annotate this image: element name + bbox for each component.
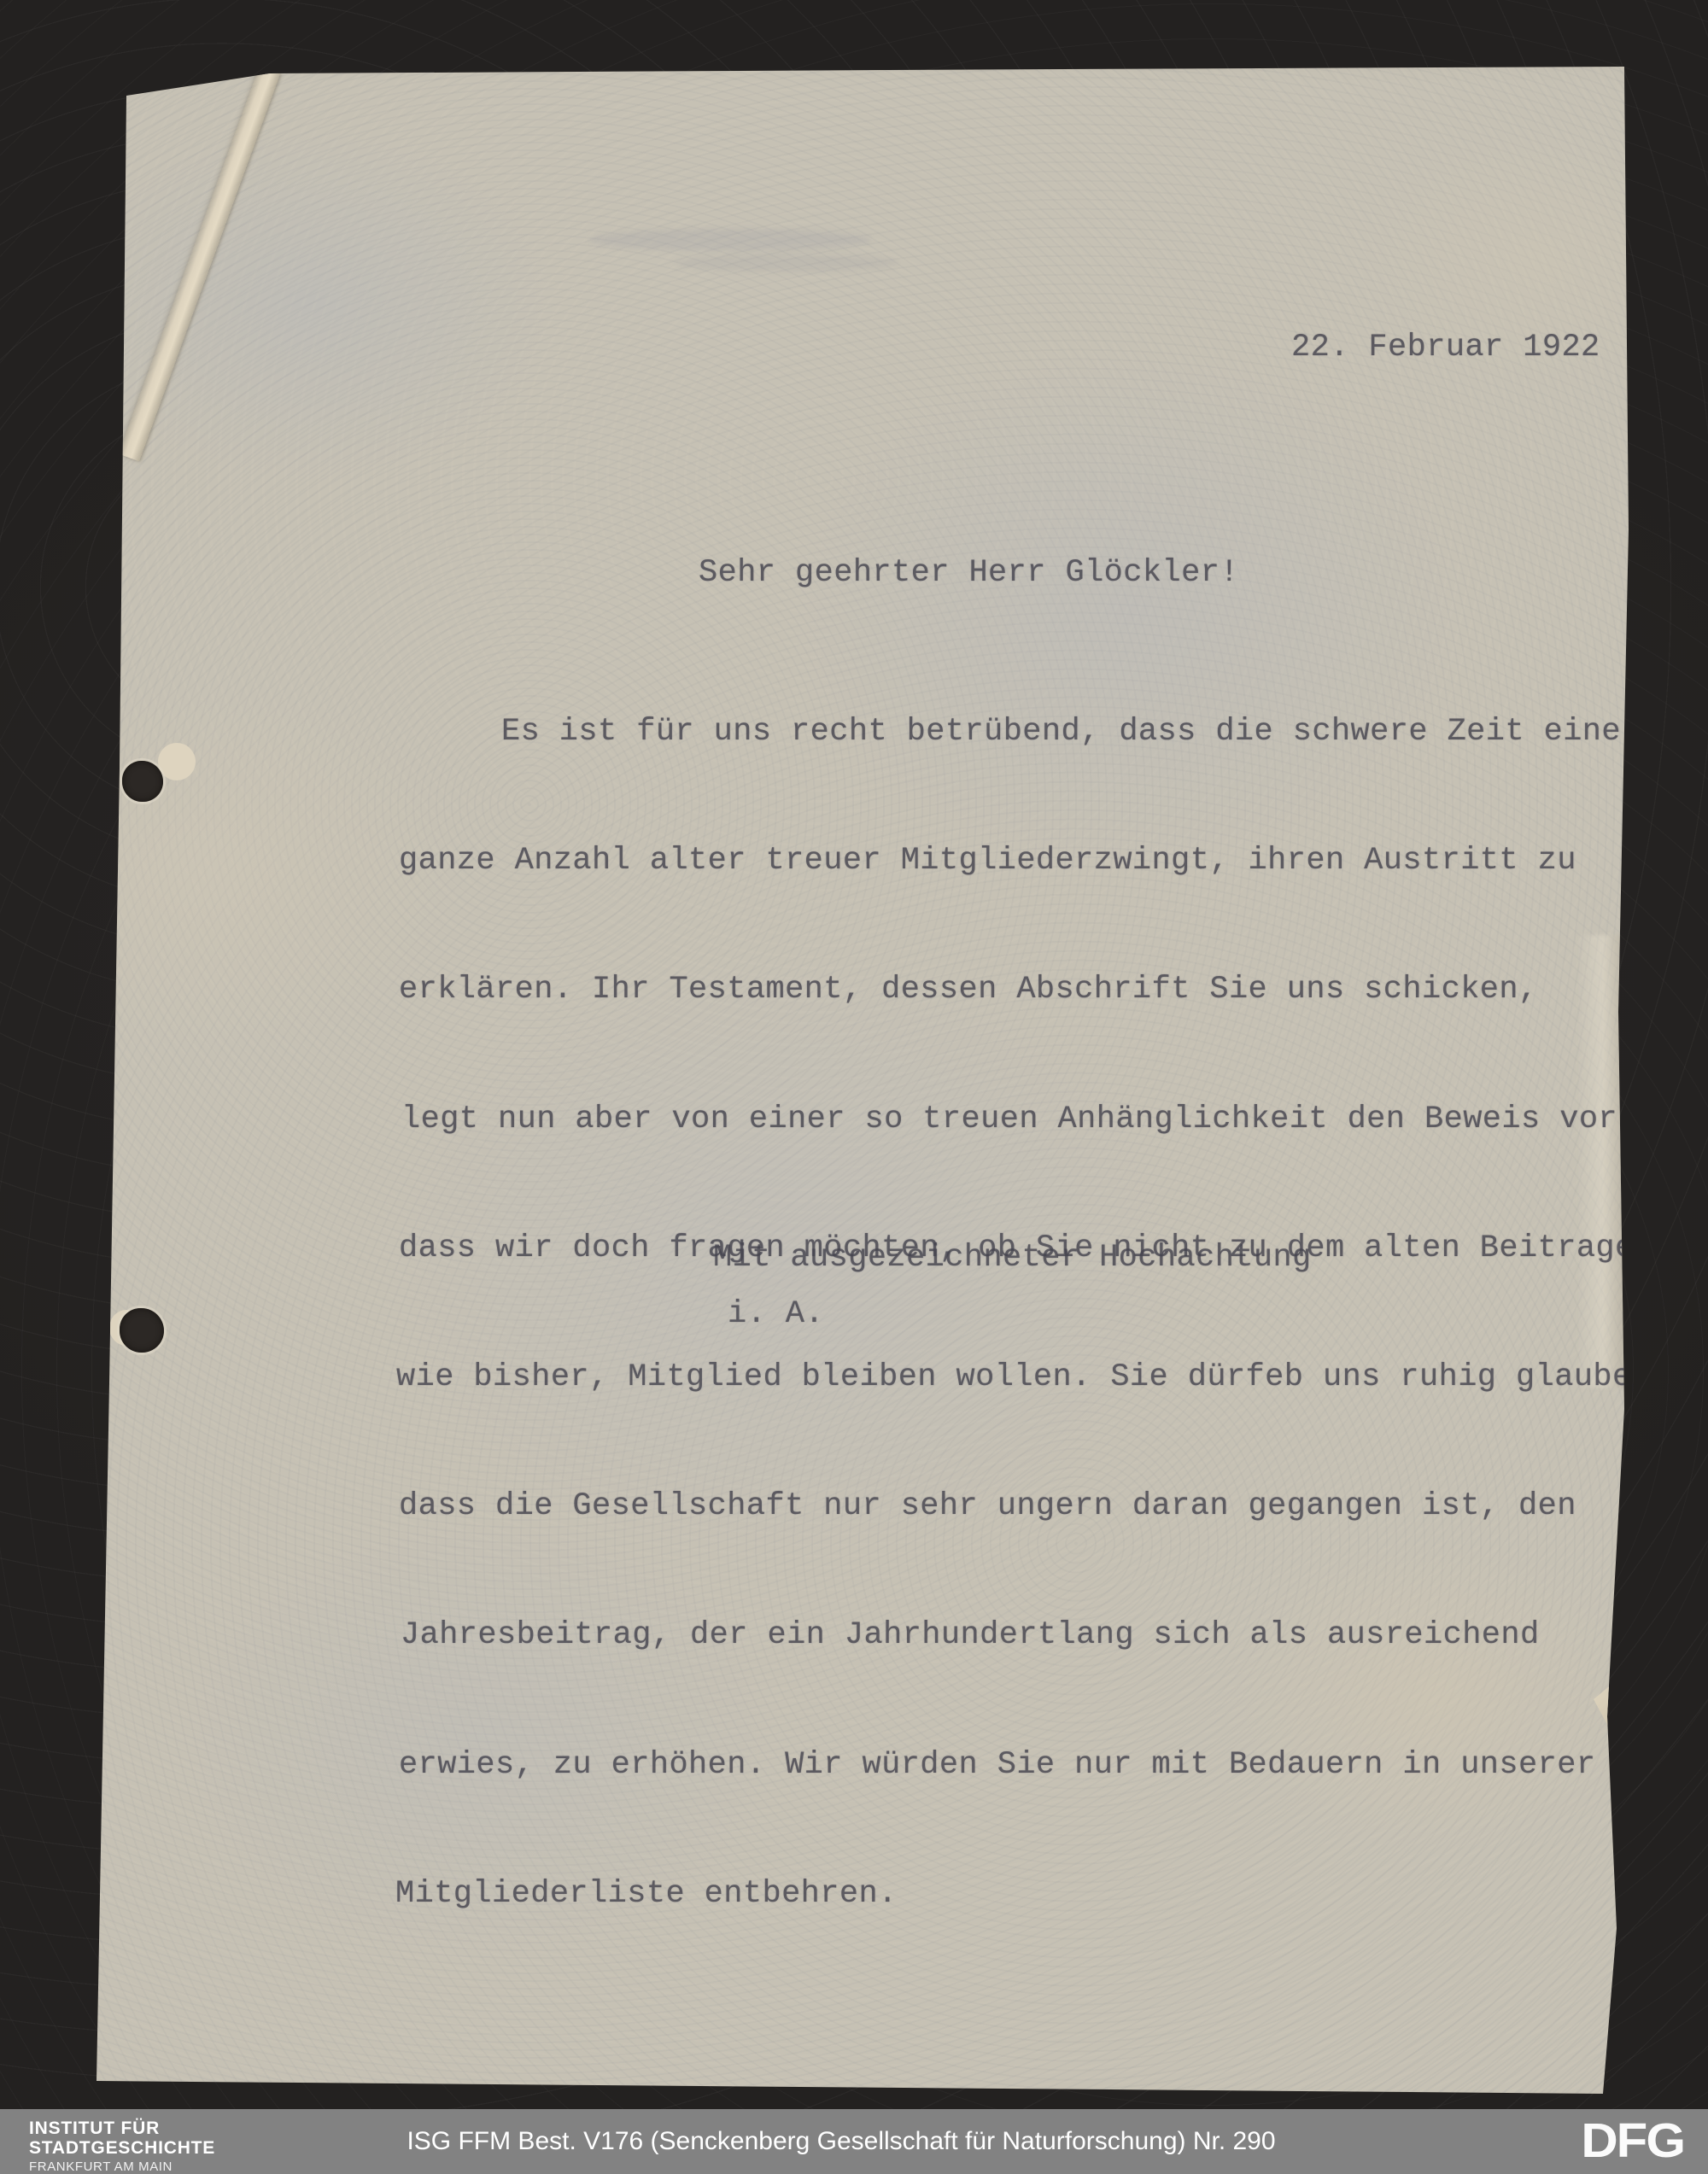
letter-salutation: Sehr geehrter Herr Glöckler! (699, 555, 1239, 591)
institute-line2: STADTGESCHICHTE (29, 2139, 215, 2157)
letter-body-line: erklären. Ihr Testament, dessen Abschrif… (399, 972, 1654, 1029)
hole-reinforcement (158, 743, 196, 780)
letter-signature: i. A. (728, 1296, 824, 1332)
letter-body-line: dass die Gesellschaft nur sehr ungern da… (399, 1488, 1654, 1546)
paper-smudge (675, 254, 897, 272)
letter-body-line: ganze Anzahl alter treuer Mitgliederzwin… (399, 843, 1654, 900)
institute-logo: INSTITUT FÜR STADTGESCHICHTE FRANKFURT A… (29, 2119, 215, 2173)
archive-reference: ISG FFM Best. V176 (Senckenberg Gesellsc… (407, 2127, 1275, 2156)
letter-date: 22. Februar 1922 (1291, 330, 1600, 365)
letter-body-line: Jahresbeitrag, der ein Jahrhundertlang s… (401, 1617, 1654, 1674)
punch-hole-bottom (120, 1308, 164, 1353)
paper-smudge (589, 229, 871, 251)
letter-page: 22. Februar 1922 Sehr geehrter Herr Glöc… (0, 0, 1708, 2174)
letter-body-line: Mitgliederliste entbehren. (395, 1876, 1654, 1933)
dfg-logo: DFG (1581, 2113, 1684, 2168)
scan-viewer: 22. Februar 1922 Sehr geehrter Herr Glöc… (0, 0, 1708, 2174)
archive-footer-bar: INSTITUT FÜR STADTGESCHICHTE FRANKFURT A… (0, 2109, 1708, 2174)
punch-hole-top (122, 761, 163, 802)
letter-body-line: wie bisher, Mitglied bleiben wollen. Sie… (396, 1359, 1654, 1417)
institute-line3: FRANKFURT AM MAIN (29, 2160, 215, 2173)
letter-closing: Mit ausgezeichneter Hochachtung (713, 1240, 1312, 1276)
letter-body: Es ist für uns recht betrübend, dass die… (399, 642, 1654, 2005)
letter-body-line: erwies, zu erhöhen. Wir würden Sie nur m… (399, 1747, 1654, 1804)
letter-body-line: legt nun aber von einer so treuen Anhäng… (401, 1102, 1654, 1159)
institute-line1: INSTITUT FÜR (29, 2119, 215, 2137)
letter-body-line: Es ist für uns recht betrübend, dass die… (399, 714, 1654, 771)
